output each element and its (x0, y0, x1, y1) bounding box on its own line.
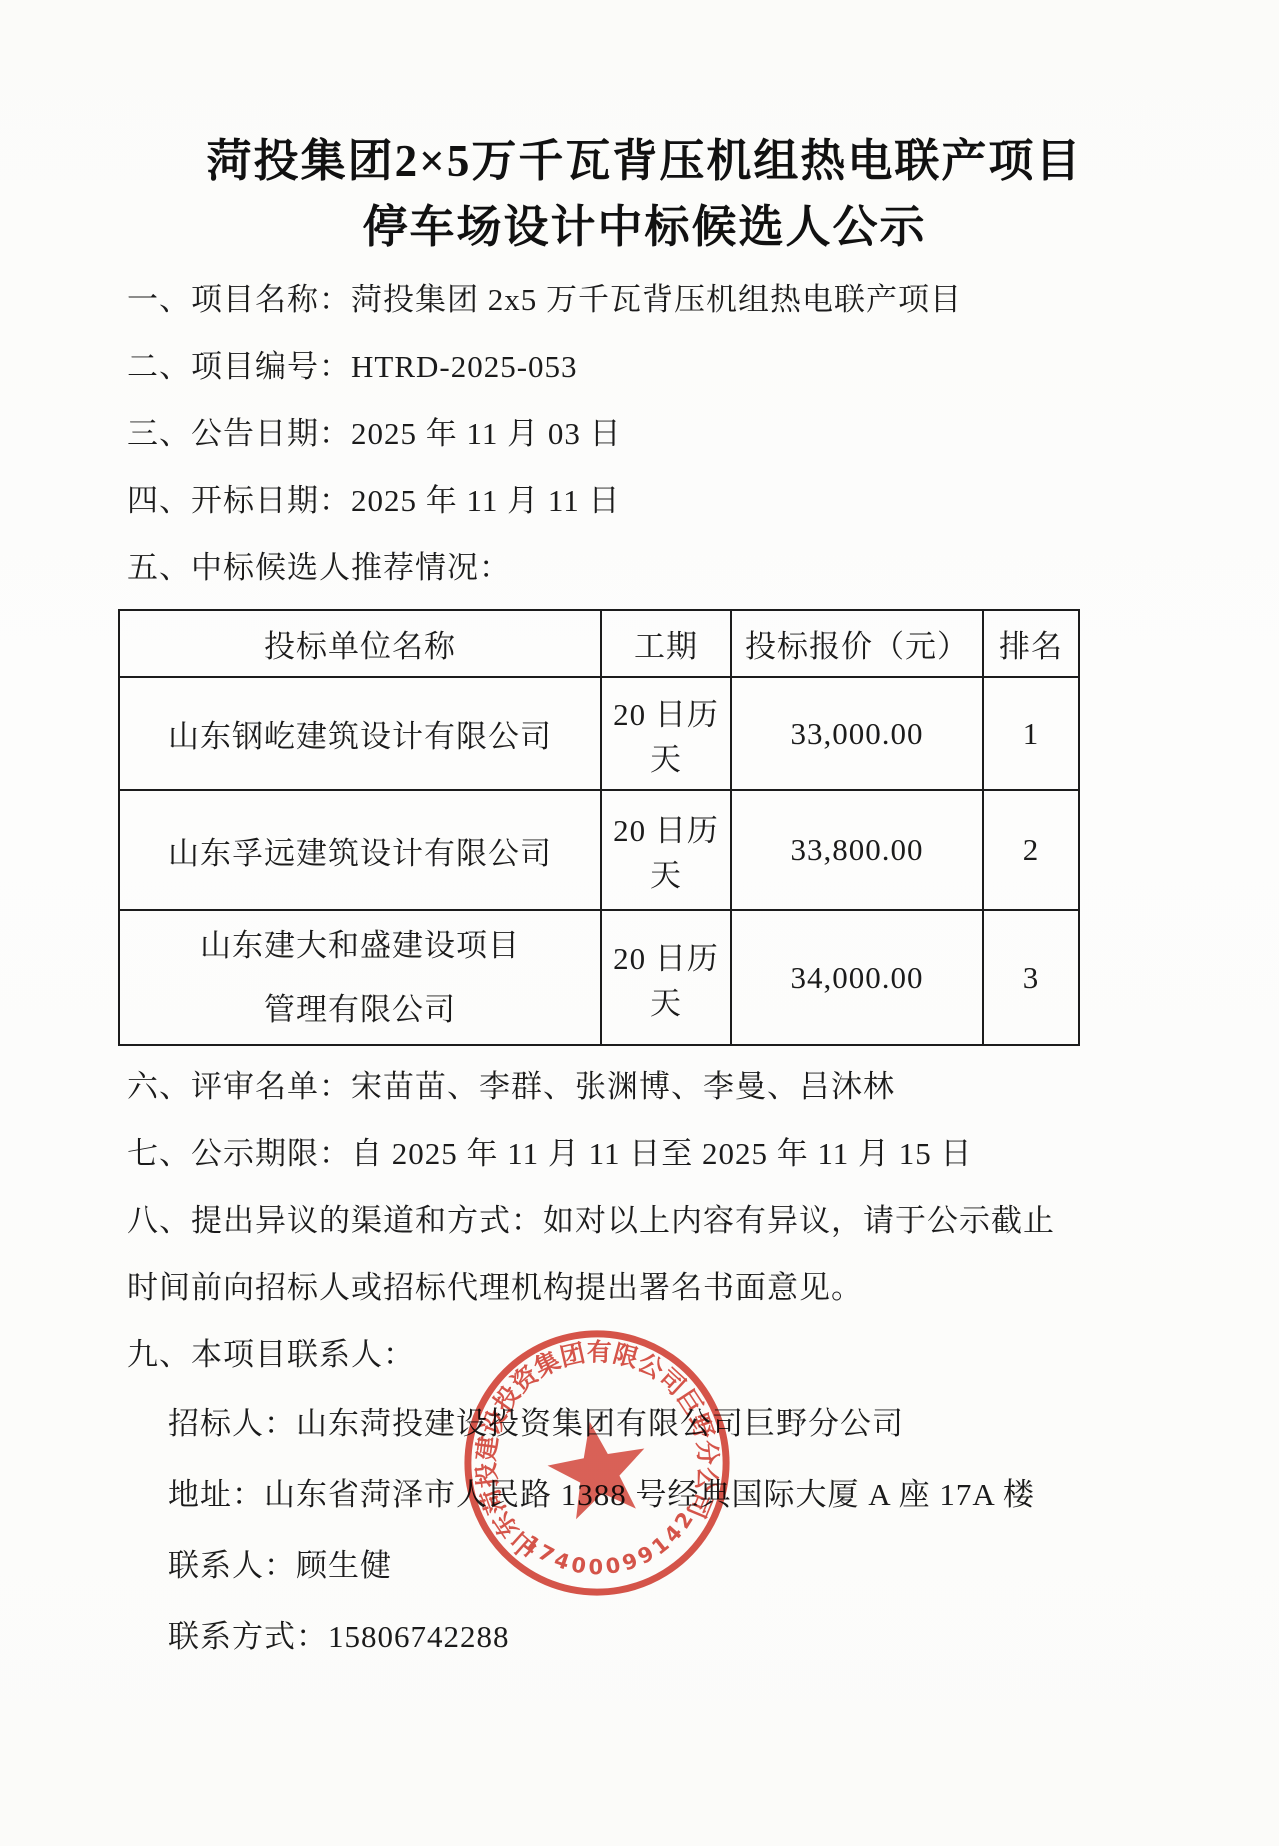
header-rank: 排名 (983, 610, 1079, 677)
cell-duration: 20 日历天 (601, 677, 731, 790)
item-project-contact-heading: 九、本项目联系人： (127, 1321, 1162, 1388)
cell-bid-price: 33,000.00 (731, 677, 983, 790)
document-page: 菏投集团2×5万千瓦背压机组热电联产项目 停车场设计中标候选人公示 一、项目名称… (0, 0, 1279, 1846)
cell-rank: 3 (983, 910, 1079, 1045)
header-duration: 工期 (601, 610, 731, 677)
item-candidates-heading: 五、中标候选人推荐情况： (127, 534, 1162, 601)
bidder-name-line1: 山东建大和盛建设项目 (120, 914, 600, 978)
cell-bidder-name: 山东钢屹建筑设计有限公司 (119, 677, 601, 790)
item-project-name: 一、项目名称：菏投集团 2x5 万千瓦背压机组热电联产项目 (127, 266, 1162, 333)
cell-duration: 20 日历天 (601, 790, 731, 910)
header-bid-price: 投标报价（元） (731, 610, 983, 677)
document-content: 菏投集团2×5万千瓦背压机组热电联产项目 停车场设计中标候选人公示 一、项目名称… (127, 128, 1162, 1672)
contact-address: 地址：山东省菏泽市人民路 1388 号经典国际大厦 A 座 17A 楼 (127, 1459, 1162, 1530)
item-bid-opening-date: 四、开标日期：2025 年 11 月 11 日 (127, 467, 1162, 534)
table-row: 山东孚远建筑设计有限公司 20 日历天 33,800.00 2 (119, 790, 1079, 910)
contact-bidder: 招标人：山东菏投建设投资集团有限公司巨野分公司 (127, 1388, 1162, 1459)
cell-rank: 1 (983, 677, 1079, 790)
cell-bidder-name: 山东建大和盛建设项目 管理有限公司 (119, 910, 601, 1045)
cell-bid-price: 34,000.00 (731, 910, 983, 1045)
table-header-row: 投标单位名称 工期 投标报价（元） 排名 (119, 610, 1079, 677)
item-publicity-period: 七、公示期限：自 2025 年 11 月 11 日至 2025 年 11 月 1… (127, 1120, 1162, 1187)
cell-bidder-name: 山东孚远建筑设计有限公司 (119, 790, 601, 910)
contact-person: 联系人：顾生健 (127, 1530, 1162, 1601)
item-objection-channel-line1: 八、提出异议的渠道和方式：如对以上内容有异议，请于公示截止 (127, 1187, 1162, 1254)
table-row: 山东钢屹建筑设计有限公司 20 日历天 33,000.00 1 (119, 677, 1079, 790)
item-announcement-date: 三、公告日期：2025 年 11 月 03 日 (127, 400, 1162, 467)
table-row: 山东建大和盛建设项目 管理有限公司 20 日历天 34,000.00 3 (119, 910, 1079, 1045)
header-bidder-name: 投标单位名称 (119, 610, 601, 677)
cell-duration: 20 日历天 (601, 910, 731, 1045)
contact-phone: 联系方式：15806742288 (127, 1601, 1162, 1672)
item-review-panel: 六、评审名单：宋苗苗、李群、张渊博、李曼、吕沐林 (127, 1053, 1162, 1120)
document-title-line1: 菏投集团2×5万千瓦背压机组热电联产项目 (127, 128, 1162, 194)
cell-bid-price: 33,800.00 (731, 790, 983, 910)
item-project-number: 二、项目编号：HTRD-2025-053 (127, 333, 1162, 400)
cell-rank: 2 (983, 790, 1079, 910)
item-objection-channel-line2: 时间前向招标人或招标代理机构提出署名书面意见。 (127, 1254, 1162, 1321)
document-title-line2: 停车场设计中标候选人公示 (127, 194, 1162, 260)
candidates-table: 投标单位名称 工期 投标报价（元） 排名 山东钢屹建筑设计有限公司 20 日历天… (118, 609, 1080, 1046)
bidder-name-line2: 管理有限公司 (120, 978, 600, 1042)
